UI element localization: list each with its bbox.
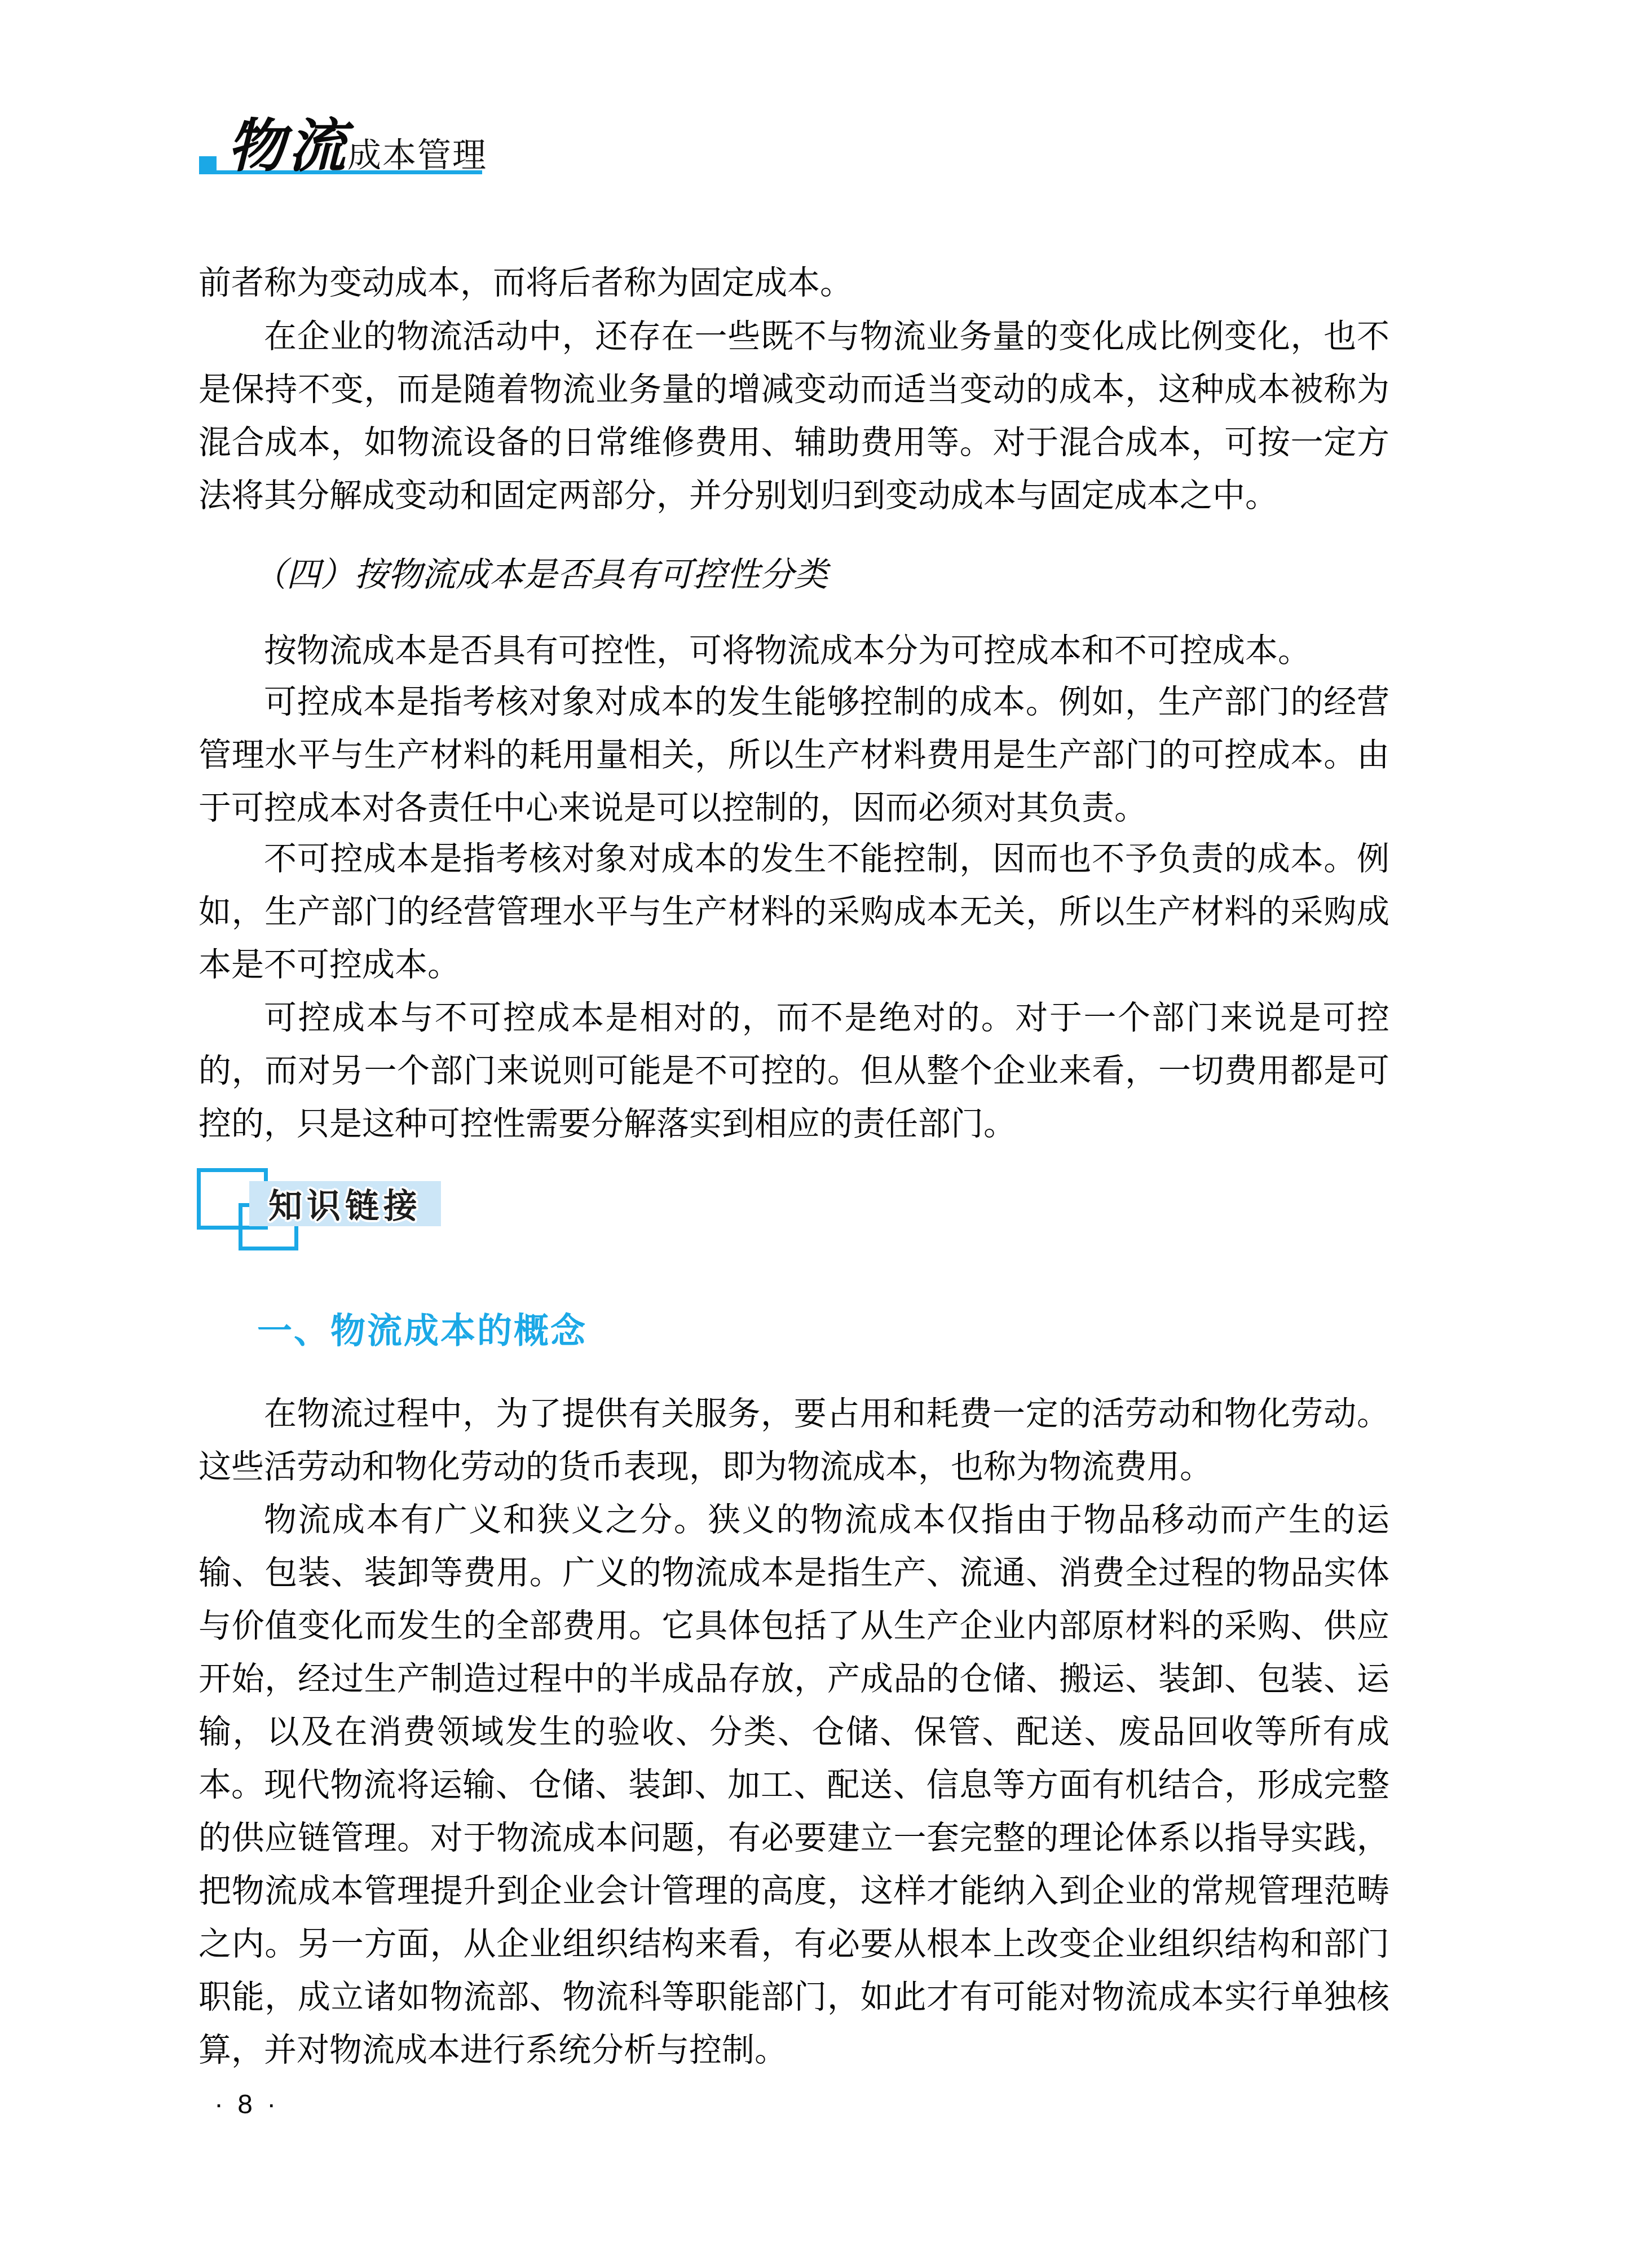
paragraph-controllability-intro: 按物流成本是否具有可控性，可将物流成本分为可控成本和不可控成本。 [198,624,1389,677]
paragraph-uncontrollable: 不可控成本是指考核对象对成本的发生不能控制，因而也不予负责的成本。例如，生产部门… [198,833,1389,992]
paragraph-controllable: 可控成本是指考核对象对成本的发生能够控制的成本。例如，生产部门的经营管理水平与生… [198,676,1389,835]
knowledge-link-label: 知识链接 [268,1179,422,1228]
paragraph-relative-controllability: 可控成本与不可控成本是相对的，而不是绝对的。对于一个部门来说是可控的，而对另一个… [198,992,1389,1151]
paragraph-continuation: 前者称为变动成本，而将后者称为固定成本。 [198,257,1389,310]
subheading-classification-four: （四）按物流成本是否具有可控性分类 [198,548,1389,601]
paragraph-concept-1: 在物流过程中，为了提供有关服务，要占用和耗费一定的活劳动和物化劳动。这些活劳动和… [198,1388,1389,1494]
book-page: 物流 成本管理 前者称为变动成本，而将后者称为固定成本。 在企业的物流活动中，还… [0,0,1628,2268]
page-number: · 8 · [214,2088,279,2122]
header-brand-title: 成本管理 [347,139,487,173]
section-heading-logistics-cost-concept: 一、物流成本的概念 [257,1305,587,1358]
knowledge-link-badge: 知识链接 [249,1181,441,1226]
paragraph-modern-logistics: 现代物流将运输、仓储、装卸、加工、配送、信息等方面有机结合，形成完整的供应链管理… [198,1759,1389,2077]
header-brand-calligraphy: 物流 [227,116,349,178]
paragraph-mixed-cost: 在企业的物流活动中，还存在一些既不与物流业务量的变化成比例变化，也不是保持不变，… [198,310,1389,522]
